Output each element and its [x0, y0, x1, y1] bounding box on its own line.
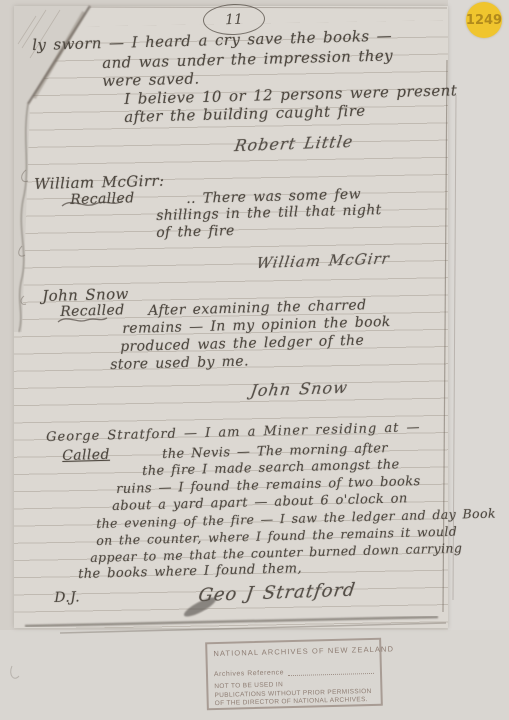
scanned-document-page: 11 1249 ly sworn — I heard a cry save th… [0, 0, 509, 720]
margin-initials: D.J. [54, 589, 80, 606]
reference-dotted-line [288, 666, 374, 676]
witness-name: William McGirr: [34, 172, 165, 193]
called-label: Called [62, 447, 110, 464]
scan-background-right [448, 0, 509, 720]
stamp-reference-label: Archives Reference [214, 669, 284, 678]
manuscript-line: of the fire [156, 223, 235, 241]
folio-sticker: 1249 [466, 2, 502, 38]
signature-john-snow: John Snow [249, 378, 349, 401]
folio-number: 1249 [466, 13, 502, 28]
page-number: 11 [225, 11, 243, 28]
recalled-label: Recalled [70, 190, 135, 208]
manuscript-line: were saved. [102, 69, 200, 90]
archives-stamp: NATIONAL ARCHIVES OF NEW ZEALAND Archive… [205, 638, 383, 711]
recalled-label: Recalled [60, 302, 125, 320]
stamp-title: NATIONAL ARCHIVES OF NEW ZEALAND [213, 645, 373, 658]
